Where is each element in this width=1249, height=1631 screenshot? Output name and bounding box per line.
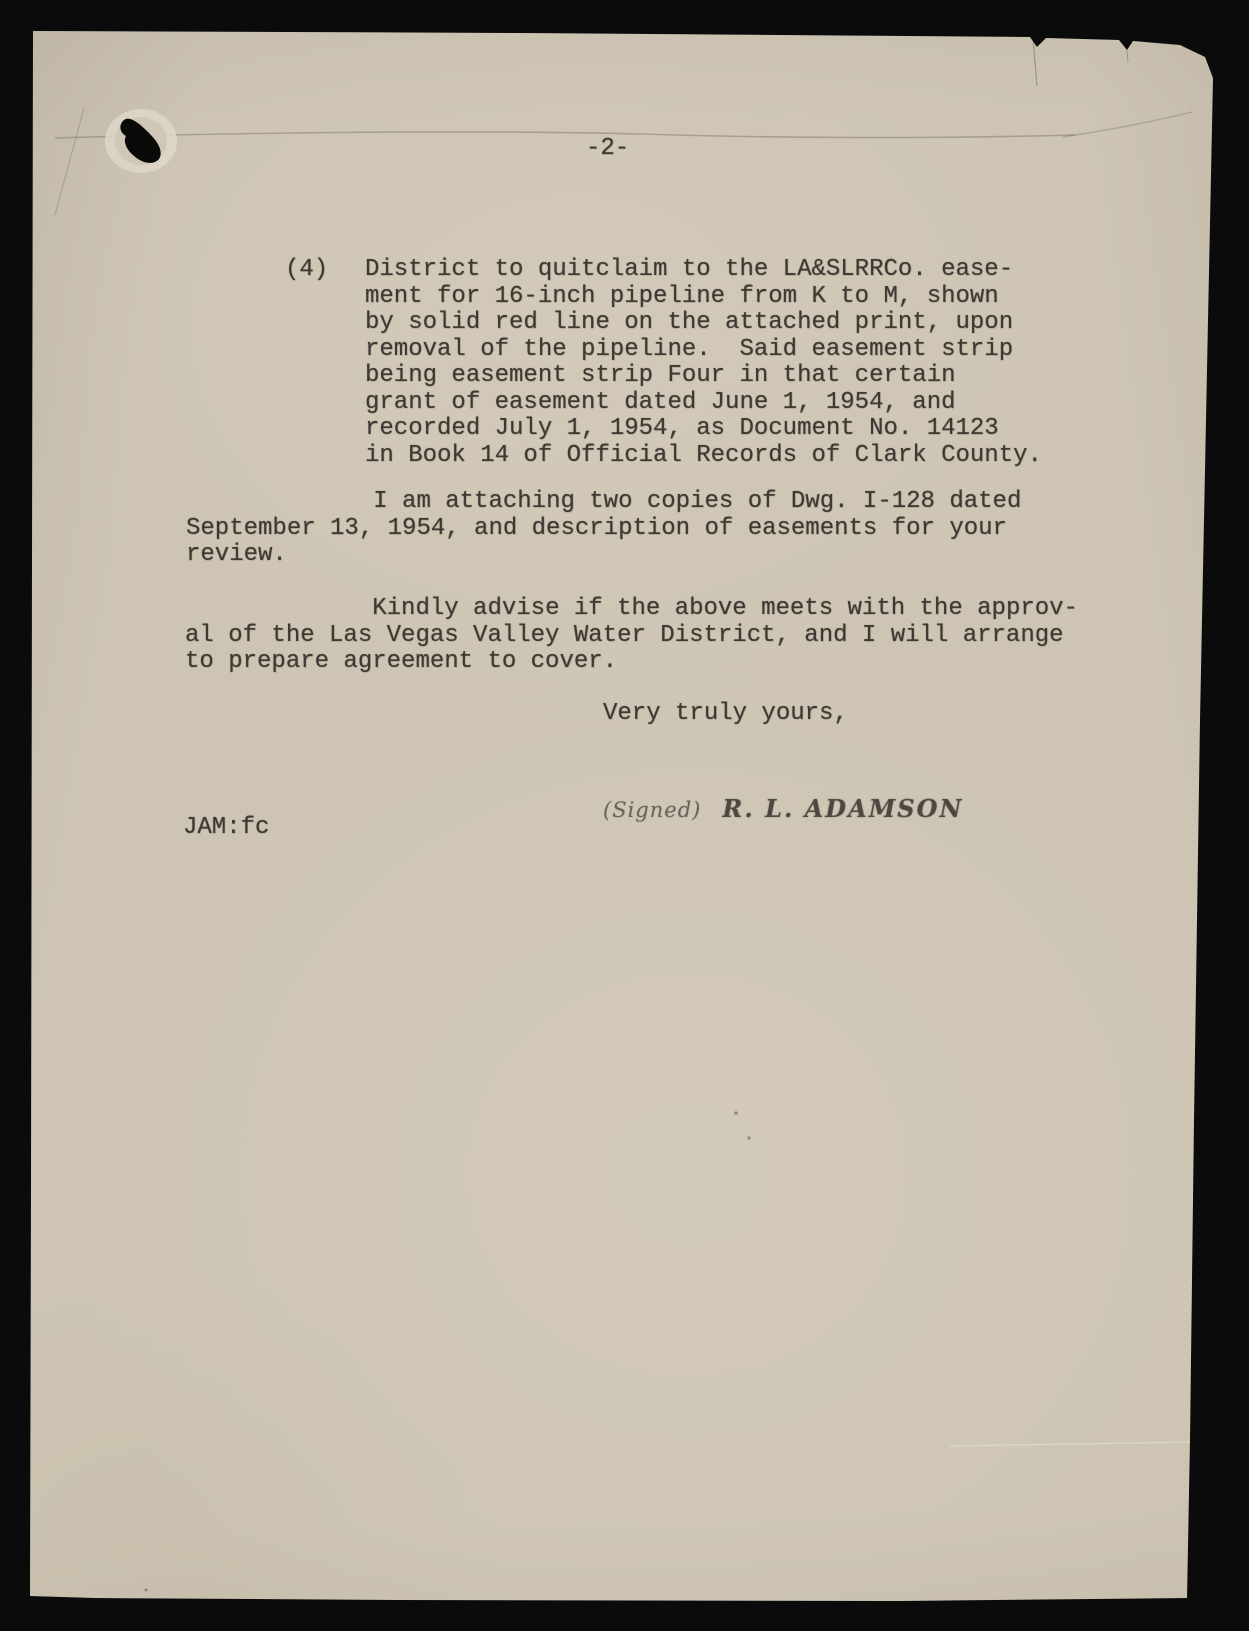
paper-sheet: -2- (4) District to quitclaim to the LA&… — [0, 0, 1249, 1631]
signed-stamp-prefix: (Signed) — [603, 798, 701, 822]
crease-line-bottom-right — [950, 1442, 1193, 1446]
top-edge-tear-left — [1033, 38, 1037, 86]
crease-line-diagonal — [55, 108, 84, 215]
list-item-4-number: (4) — [285, 257, 328, 284]
paper-speck — [145, 1589, 148, 1592]
closing-valediction: Very truly yours, — [603, 701, 848, 728]
hole-worn-ring — [115, 117, 167, 165]
paper-speck — [734, 1111, 737, 1114]
paper-speck — [747, 1136, 751, 1140]
paragraph-attachments: I am attaching two copies of Dwg. I-128 … — [186, 489, 1106, 569]
punched-hole — [120, 119, 160, 163]
paragraph-advise: Kindly advise if the above meets with th… — [185, 596, 1115, 676]
crease-line-top — [55, 132, 1075, 138]
hole-worn-halo — [105, 109, 177, 173]
signature-name: R. L. ADAMSON — [722, 794, 963, 823]
scanned-letter-page: -2- (4) District to quitclaim to the LA&… — [0, 0, 1249, 1631]
signature-line: (Signed) R. L. ADAMSON — [603, 794, 963, 823]
list-item-4-text: District to quitclaim to the LA&SLRRCo. … — [365, 257, 1085, 469]
typist-reference-initials: JAM:fc — [183, 815, 269, 842]
crease-line-top-right — [1063, 112, 1192, 137]
page-number: -2- — [586, 136, 629, 163]
top-edge-tear-right — [1126, 41, 1128, 62]
